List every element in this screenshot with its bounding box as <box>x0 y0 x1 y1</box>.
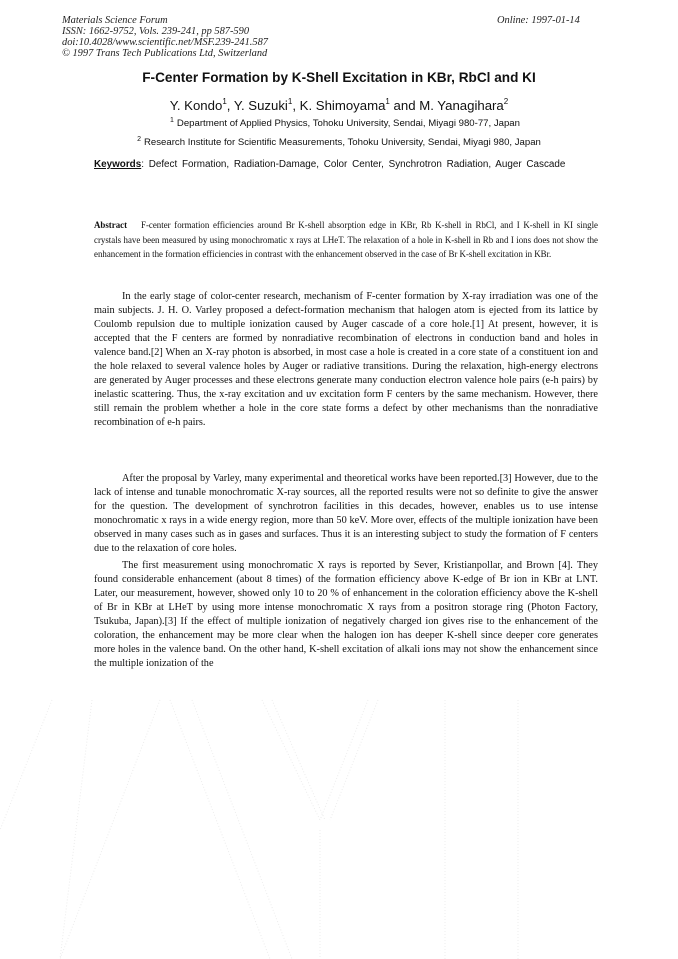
abstract-text: F-center formation efficiencies around B… <box>94 220 598 259</box>
paragraph-text: In the early stage of color-center resea… <box>94 290 598 430</box>
keywords: Keywords: Defect Formation, Radiation-Da… <box>94 159 598 172</box>
author-affil-mark: 2 <box>504 97 508 106</box>
author-separator: and <box>390 98 419 113</box>
online-date: Online: 1997-01-14 <box>497 15 580 26</box>
author-list: Y. Kondo1, Y. Suzuki1, K. Shimoyama1 and… <box>0 97 678 113</box>
journal-header: Materials Science Forum ISSN: 1662-9752,… <box>62 15 268 59</box>
paper-title: F-Center Formation by K-Shell Excitation… <box>0 70 678 85</box>
author: M. Yanagihara <box>419 98 504 113</box>
journal-name: Materials Science Forum <box>62 15 268 26</box>
paragraph-text: After the proposal by Varley, many exper… <box>94 472 598 556</box>
affiliation-1: 1Department of Applied Physics, Tohoku U… <box>6 117 678 129</box>
copyright-line: © 1997 Trans Tech Publications Ltd, Swit… <box>62 48 268 59</box>
keywords-text: : Defect Formation, Radiation-Damage, Co… <box>141 159 565 170</box>
affiliation-mark: 2 <box>137 136 141 143</box>
author: K. Shimoyama <box>300 98 386 113</box>
body-paragraph-1: In the early stage of color-center resea… <box>94 290 598 430</box>
paragraph-text: The first measurement using monochromati… <box>94 559 598 671</box>
affiliation-text: Research Institute for Scientific Measur… <box>144 137 541 148</box>
doi-line: doi:10.4028/www.scientific.net/MSF.239-2… <box>62 37 268 48</box>
affiliation-text: Department of Applied Physics, Tohoku Un… <box>177 118 520 129</box>
abstract-label: Abstract <box>94 220 127 230</box>
issn-line: ISSN: 1662-9752, Vols. 239-241, pp 587-5… <box>62 26 268 37</box>
author: Y. Kondo <box>170 98 223 113</box>
abstract: AbstractF-center formation efficiencies … <box>94 218 598 262</box>
body-paragraph-2: After the proposal by Varley, many exper… <box>94 472 598 556</box>
author-separator: , <box>292 98 299 113</box>
affiliation-2: 2Research Institute for Scientific Measu… <box>0 136 678 148</box>
body-paragraph-3: The first measurement using monochromati… <box>94 559 598 671</box>
author-separator: , <box>227 98 234 113</box>
keywords-label: Keywords <box>94 159 141 170</box>
affiliation-mark: 1 <box>170 117 174 124</box>
author: Y. Suzuki <box>234 98 288 113</box>
